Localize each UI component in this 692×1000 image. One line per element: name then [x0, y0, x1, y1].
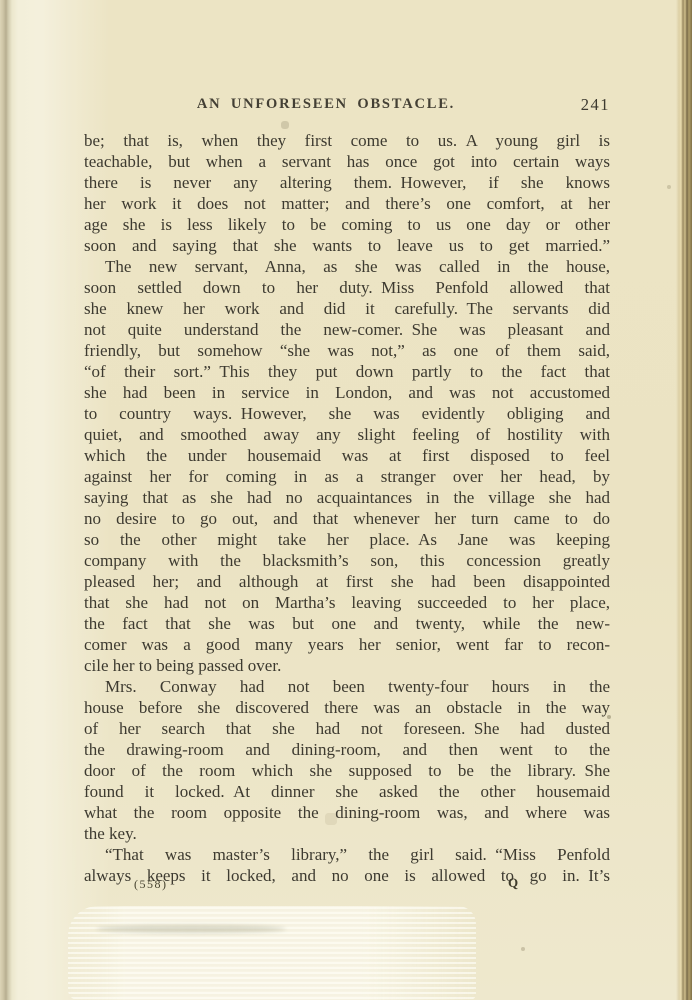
book-page-scan: AN UNFORESEEN OBSTACLE. 241 be; that is,…: [0, 0, 692, 1000]
text-line: not quite understand the new-comer. She …: [84, 319, 610, 340]
text-line: cile her to being passed over.: [84, 655, 610, 676]
text-line: there is never any altering them. Howeve…: [84, 172, 610, 193]
text-line: the key.: [84, 823, 610, 844]
text-line: what the room opposite the dining-room w…: [84, 802, 610, 823]
running-title: AN UNFORESEEN OBSTACLE.: [63, 96, 589, 113]
text-line: house before she discovered there was an…: [84, 697, 610, 718]
page-number: 241: [581, 95, 610, 115]
signature-letter: Q: [508, 875, 518, 891]
text-line: company with the blacksmith’s son, this …: [84, 550, 610, 571]
text-line: “of their sort.” This they put down part…: [84, 361, 610, 382]
text-line: be; that is, when they first come to us.…: [84, 130, 610, 151]
text-line: found it locked. At dinner she asked the…: [84, 781, 610, 802]
text-line: so the other might take her place. As Ja…: [84, 529, 610, 550]
signature-number: (558): [134, 877, 168, 892]
text-line: no desire to go out, and that whenever h…: [84, 508, 610, 529]
text-line: soon and saying that she wants to leave …: [84, 235, 610, 256]
page-header: AN UNFORESEEN OBSTACLE. 241: [84, 96, 610, 116]
text-line: Mrs. Conway had not been twenty-four hou…: [84, 676, 610, 697]
text-line: “That was master’s library,” the girl sa…: [84, 844, 610, 865]
text-line: pleased her; and although at first she h…: [84, 571, 610, 592]
text-line: saying that as she had no acquaintances …: [84, 487, 610, 508]
text-line: the fact that she was but one and twenty…: [84, 613, 610, 634]
text-line: teachable, but when a servant has once g…: [84, 151, 610, 172]
text-line: friendly, but somehow “she was not,” as …: [84, 340, 610, 361]
text-line: The new servant, Anna, as she was called…: [84, 256, 610, 277]
text-line: that she had not on Martha’s leaving suc…: [84, 592, 610, 613]
bottom-fore-edge-streaks: [68, 906, 476, 1000]
text-line: she had been in service in London, and w…: [84, 382, 610, 403]
text-line: she knew her work and did it carefully. …: [84, 298, 610, 319]
text-line: to country ways. However, she was eviden…: [84, 403, 610, 424]
page-edge-shadow: [96, 925, 286, 933]
text-block: be; that is, when they first come to us.…: [84, 130, 610, 886]
text-line: quiet, and smoothed away any slight feel…: [84, 424, 610, 445]
paper-specks: [0, 0, 2, 2]
right-page-edges: [676, 0, 692, 1000]
text-line: the drawing-room and dining-room, and th…: [84, 739, 610, 760]
text-line: of her search that she had not foreseen.…: [84, 718, 610, 739]
text-line: her work it does not matter; and there’s…: [84, 193, 610, 214]
page-footer: (558) Q: [84, 875, 610, 893]
text-line: comer was a good many years her senior, …: [84, 634, 610, 655]
text-line: age she is less likely to be coming to u…: [84, 214, 610, 235]
text-line: soon settled down to her duty. Miss Penf…: [84, 277, 610, 298]
text-line: which the under housemaid was at first d…: [84, 445, 610, 466]
text-line: against her for coming in as a stranger …: [84, 466, 610, 487]
text-line: door of the room which she supposed to b…: [84, 760, 610, 781]
